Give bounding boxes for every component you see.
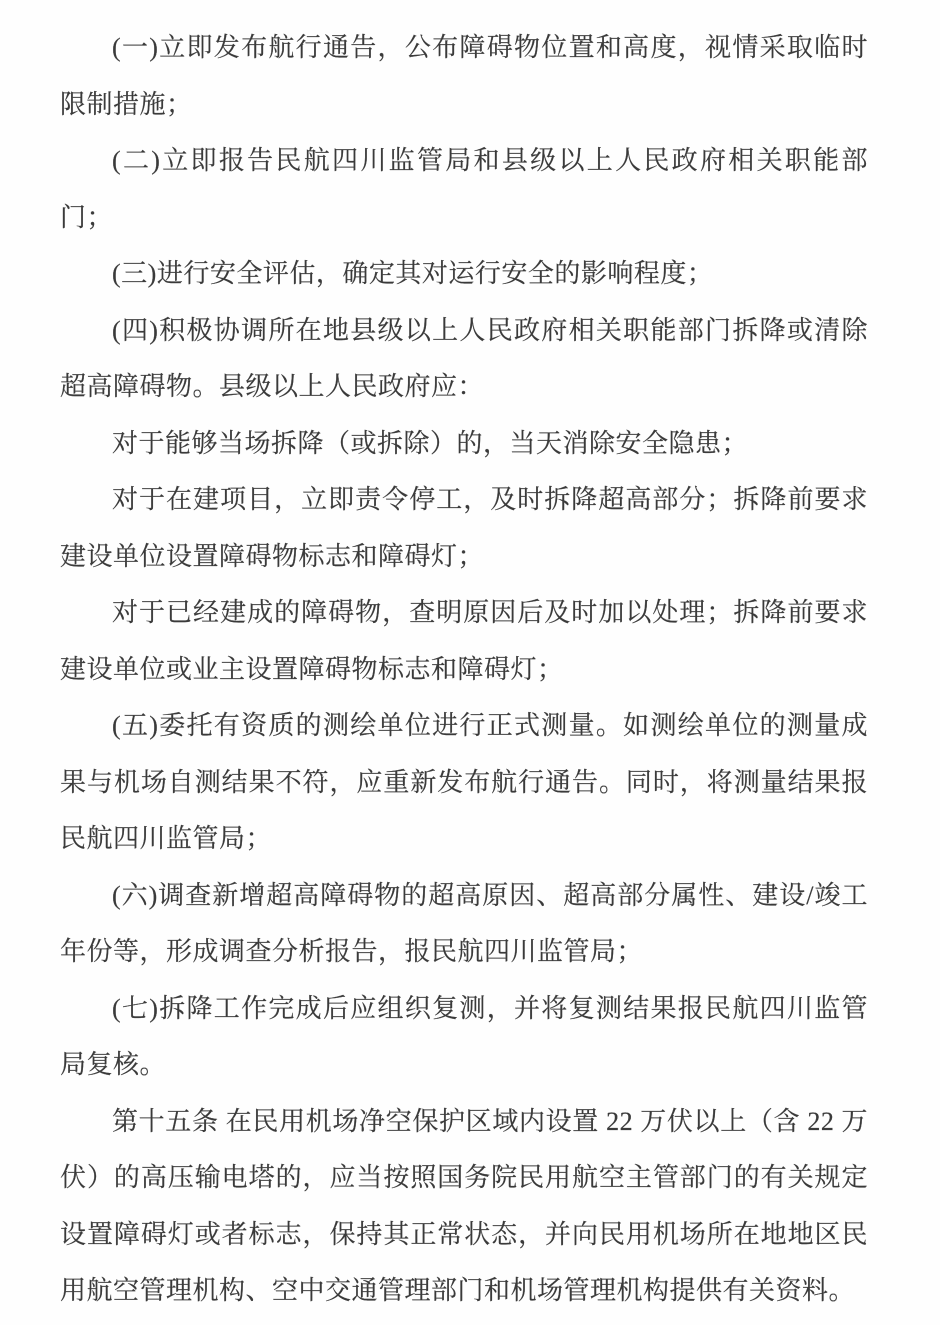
paragraph-item-4: (四)积极协调所在地县级以上人民政府相关职能部门拆降或清除超高障碍物。县级以上人… bbox=[60, 303, 868, 416]
document-page: (一)立即发布航行通告，公布障碍物位置和高度，视情采取临时限制措施； (二)立即… bbox=[0, 0, 940, 1325]
paragraph-item-1: (一)立即发布航行通告，公布障碍物位置和高度，视情采取临时限制措施； bbox=[60, 20, 868, 133]
paragraph-item-10: (七)拆降工作完成后应组织复测，并将复测结果报民航四川监管局复核。 bbox=[60, 981, 868, 1094]
document-body: (一)立即发布航行通告，公布障碍物位置和高度，视情采取临时限制措施； (二)立即… bbox=[60, 20, 868, 1320]
paragraph-item-11: 第十五条 在民用机场净空保护区域内设置 22 万伏以上（含 22 万伏）的高压输… bbox=[60, 1094, 868, 1320]
paragraph-item-8: (五)委托有资质的测绘单位进行正式测量。如测绘单位的测量成果与机场自测结果不符，… bbox=[60, 698, 868, 868]
paragraph-item-2: (二)立即报告民航四川监管局和县级以上人民政府相关职能部门； bbox=[60, 133, 868, 246]
paragraph-item-9: (六)调查新增超高障碍物的超高原因、超高部分属性、建设/竣工年份等，形成调查分析… bbox=[60, 868, 868, 981]
paragraph-item-3: (三)进行安全评估，确定其对运行安全的影响程度； bbox=[60, 246, 868, 303]
paragraph-item-5: 对于能够当场拆降（或拆除）的，当天消除安全隐患； bbox=[60, 416, 868, 473]
paragraph-item-7: 对于已经建成的障碍物，查明原因后及时加以处理；拆降前要求建设单位或业主设置障碍物… bbox=[60, 585, 868, 698]
paragraph-item-6: 对于在建项目，立即责令停工，及时拆降超高部分；拆降前要求建设单位设置障碍物标志和… bbox=[60, 472, 868, 585]
